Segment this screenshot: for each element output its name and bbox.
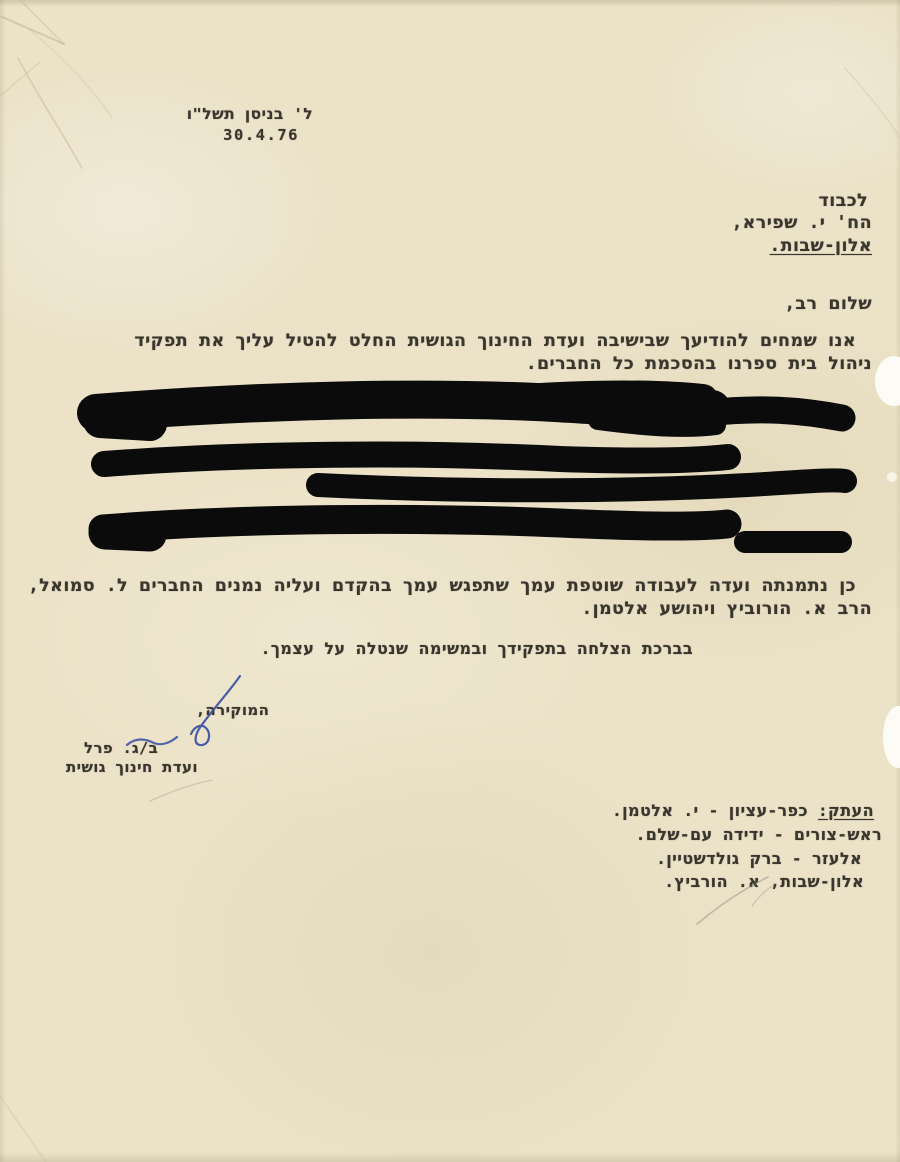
redaction-bar-1c	[475, 396, 703, 403]
redaction-bar-3a	[103, 519, 727, 529]
paper-damage-spots	[875, 356, 900, 768]
redaction-bar-1a	[96, 400, 712, 413]
date-hebrew: ל' בניסן תשל"ו	[187, 106, 313, 123]
redaction-bar-1d	[598, 420, 716, 427]
salutation: שלום רב,	[784, 295, 872, 314]
recipient-place: אלון-שבות.	[770, 237, 872, 256]
cc-line-1: העתק: כפר-עציון - י. אלטמן.	[612, 802, 874, 820]
cc-line-1-text: כפר-עציון - י. אלטמן.	[612, 801, 808, 820]
redaction-bar-2a	[104, 455, 728, 464]
closing-blessing: בברכת הצלחה בתפקידך ובמשימה שנטלה על עצמ…	[261, 640, 693, 658]
signature-closing-word: המוקירה,	[196, 702, 269, 719]
paragraph1-line1: אנו שמחים להודיעך שבישיבה ועדת החינוך הג…	[134, 332, 856, 351]
recipient-name: הח' י. שפירא,	[732, 214, 872, 233]
redaction-bars	[96, 396, 845, 542]
signature-committee: ועדת חינוך גושית	[66, 759, 198, 776]
cc-line-2: ראש-צורים - ידידה עם-שלם.	[636, 826, 882, 844]
redaction-bar-1e	[706, 410, 842, 418]
paragraph1-line2: ניהול בית ספרנו בהסכמת כל החברים.	[526, 355, 872, 374]
redaction-bar-2b	[318, 480, 845, 490]
date-numeric: 30.4.76	[223, 127, 299, 144]
paragraph2-line2: הרב א. הורוביץ ויהושע אלטמן.	[582, 600, 872, 619]
redaction-bar-3b	[105, 533, 150, 535]
cc-line-3: אלעזר - ברק גולדשטיין.	[656, 850, 862, 868]
paragraph2-line1: כן נתמנתה ועדה לעבודה שוטפת עמך שתפגש עמ…	[28, 577, 856, 596]
signature-name: ב/ג. פרל	[84, 740, 158, 757]
cc-line-4: אלון-שבות, א. הורביץ.	[664, 873, 864, 891]
redaction-bar-1b	[100, 421, 150, 424]
cc-label: העתק:	[818, 801, 874, 820]
recipient-line-salute: לכבוד	[819, 192, 868, 211]
scanned-letter-page: ל' בניסן תשל"ו 30.4.76 לכבוד הח' י. שפיר…	[0, 0, 900, 1162]
